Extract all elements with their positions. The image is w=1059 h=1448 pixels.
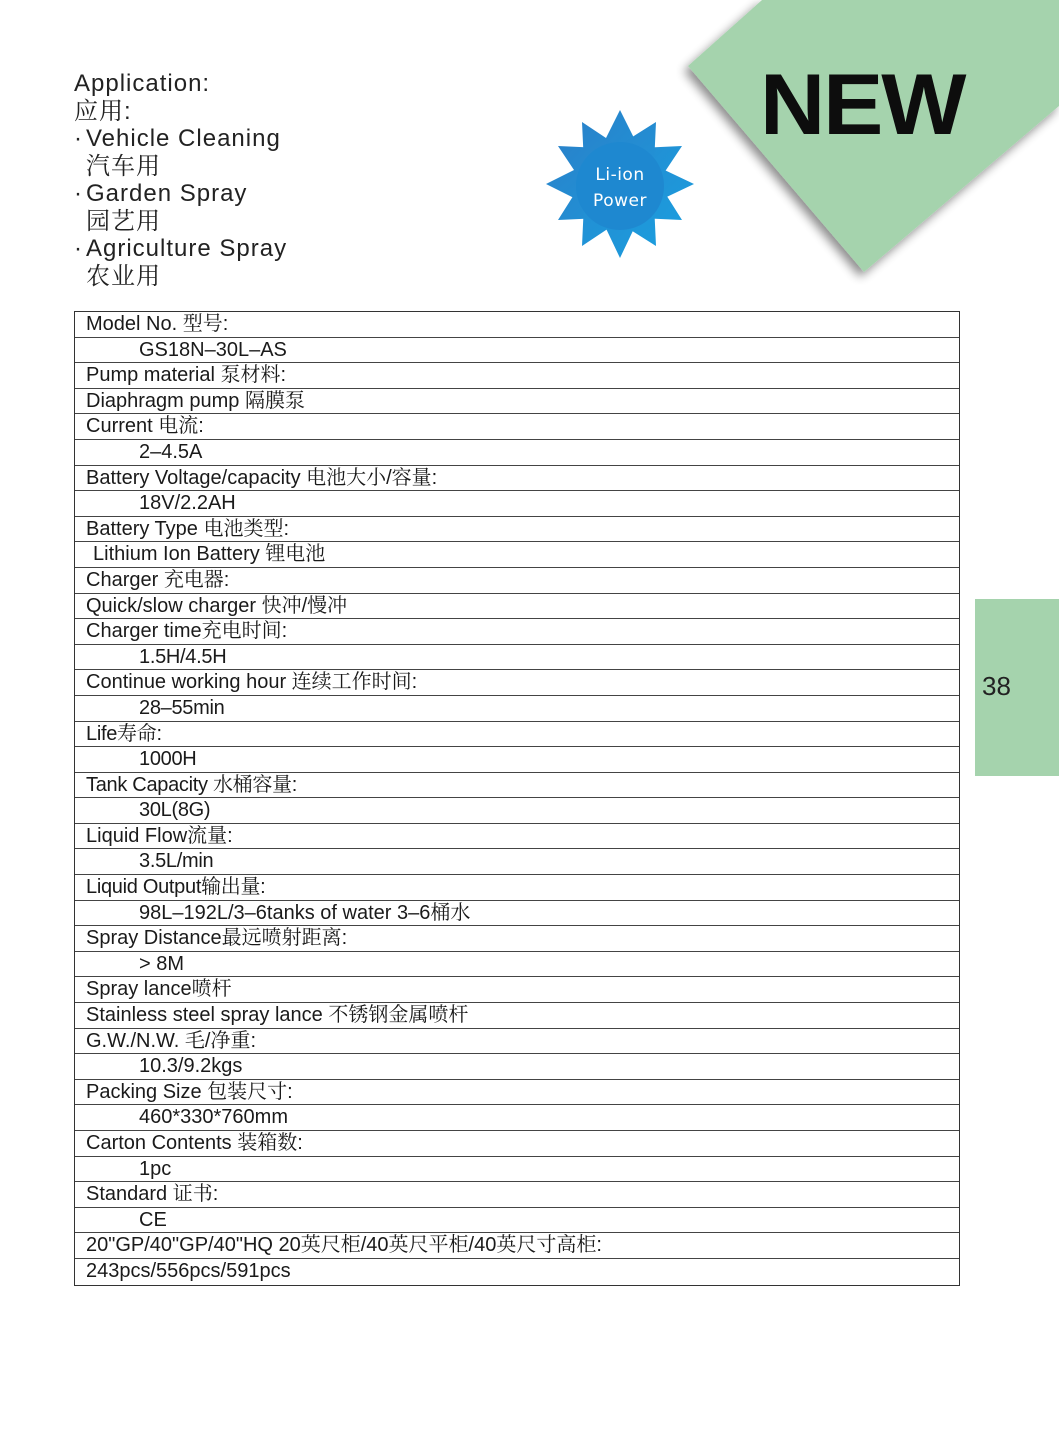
application-item-label: Agriculture Spray <box>86 235 287 262</box>
spec-label-spray-lance: Spray lance喷杆 <box>75 977 959 1003</box>
spec-label-liquid-output: Liquid Output输出量: <box>75 875 959 901</box>
application-title-cn: 应用: <box>74 98 287 126</box>
spec-value-charger-time: 1.5H/4.5H <box>75 645 959 671</box>
spec-label-carton-contents: Carton Contents 装箱数: <box>75 1131 959 1157</box>
spec-label-packing-size: Packing Size 包装尺寸: <box>75 1080 959 1106</box>
spec-value-container-loading: 243pcs/556pcs/591pcs <box>75 1259 959 1285</box>
spec-value-liquid-flow: 3.5L/min <box>75 849 959 875</box>
spec-value-working-hour: 28–55min <box>75 696 959 722</box>
application-title-en: Application: <box>74 70 287 98</box>
spec-label-tank-capacity: Tank Capacity 水桶容量: <box>75 773 959 799</box>
page-tab: 38 <box>975 599 1059 776</box>
spec-label-spray-distance: Spray Distance最远喷射距离: <box>75 926 959 952</box>
application-item-label: Vehicle Cleaning <box>86 125 281 152</box>
application-item-garden: ·Garden Spray <box>74 180 287 208</box>
application-item-cn: 农业用 <box>74 263 287 291</box>
spec-value-pump-material: Diaphragm pump 隔膜泵 <box>75 389 959 415</box>
spec-label-battery-type: Battery Type 电池类型: <box>75 517 959 543</box>
application-item-cn: 汽车用 <box>74 153 287 181</box>
spec-value-model: GS18N–30L–AS <box>75 338 959 364</box>
spec-value-battery-type: Lithium Ion Battery 锂电池 <box>75 542 959 568</box>
spec-label-pump-material: Pump material 泵材料: <box>75 363 959 389</box>
badge-line1: Li-ion <box>544 165 696 185</box>
spec-label-liquid-flow: Liquid Flow流量: <box>75 824 959 850</box>
spec-value-spray-lance: Stainless steel spray lance 不锈钢金属喷杆 <box>75 1003 959 1029</box>
application-item-vehicle: ·Vehicle Cleaning <box>74 125 287 153</box>
application-item-label: Garden Spray <box>86 180 247 207</box>
spec-label-charger-time: Charger time充电时间: <box>75 619 959 645</box>
application-item-cn: 园艺用 <box>74 208 287 236</box>
page-number: 38 <box>982 671 1011 702</box>
spec-label-battery-voltage: Battery Voltage/capacity 电池大小/容量: <box>75 466 959 492</box>
spec-value-battery-voltage: 18V/2.2AH <box>75 491 959 517</box>
spec-value-carton-contents: 1pc <box>75 1157 959 1183</box>
bullet-icon: · <box>74 125 86 153</box>
bullet-icon: · <box>74 180 86 208</box>
spec-value-liquid-output: 98L–192L/3–6tanks of water 3–6桶水 <box>75 901 959 927</box>
spec-value-weight: 10.3/9.2kgs <box>75 1054 959 1080</box>
application-item-agriculture: ·Agriculture Spray <box>74 235 287 263</box>
liion-power-badge: Li-ion Power <box>544 108 696 260</box>
spec-label-current: Current 电流: <box>75 414 959 440</box>
application-section: Application: 应用: ·Vehicle Cleaning 汽车用 ·… <box>74 70 287 290</box>
spec-label-model: Model No. 型号: <box>75 312 959 338</box>
spec-value-life: 1000H <box>75 747 959 773</box>
spec-value-packing-size: 460*330*760mm <box>75 1105 959 1131</box>
spec-label-working-hour: Continue working hour 连续工作时间: <box>75 670 959 696</box>
spec-label-container-loading: 20"GP/40"GP/40"HQ 20英尺柜/40英尺平柜/40英尺寸高柜: <box>75 1233 959 1259</box>
spec-label-charger: Charger 充电器: <box>75 568 959 594</box>
spec-label-weight: G.W./N.W. 毛/净重: <box>75 1029 959 1055</box>
new-label: NEW <box>760 62 964 148</box>
specification-table: Model No. 型号: GS18N–30L–AS Pump material… <box>74 311 960 1286</box>
spec-value-charger: Quick/slow charger 快冲/慢冲 <box>75 594 959 620</box>
spec-value-current: 2–4.5A <box>75 440 959 466</box>
spec-value-tank-capacity: 30L(8G) <box>75 798 959 824</box>
spec-label-life: Life寿命: <box>75 722 959 748</box>
spec-label-standard: Standard 证书: <box>75 1182 959 1208</box>
spec-value-spray-distance: > 8M <box>75 952 959 978</box>
bullet-icon: · <box>74 235 86 263</box>
badge-line2: Power <box>544 191 696 211</box>
spec-value-standard: CE <box>75 1208 959 1234</box>
